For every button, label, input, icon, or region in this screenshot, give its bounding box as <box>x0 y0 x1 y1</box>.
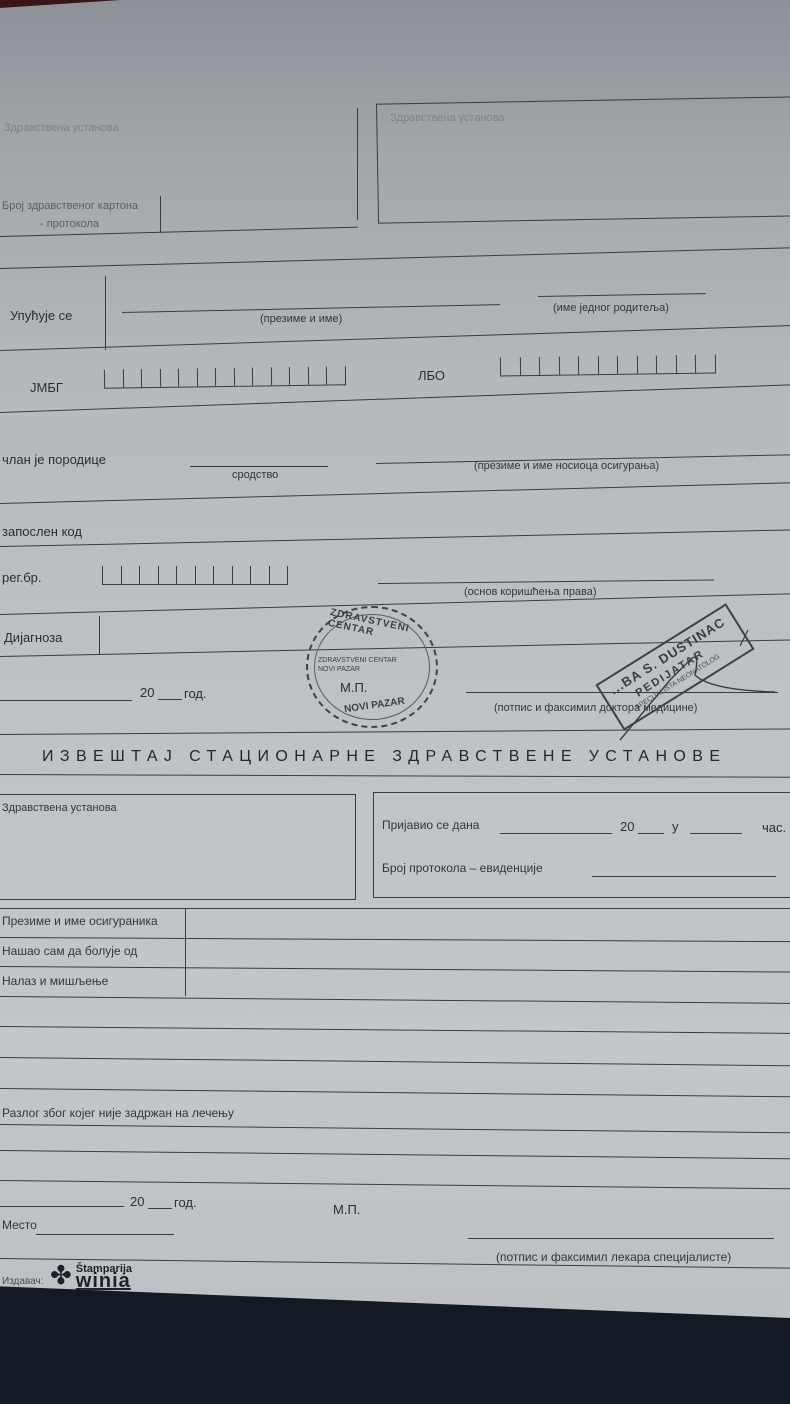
referral-year-prefix: 20 <box>140 685 154 700</box>
signature-scribble-icon <box>600 620 790 750</box>
jmbg-input[interactable] <box>104 366 346 388</box>
digit-cell[interactable] <box>519 357 539 375</box>
digit-cell[interactable] <box>500 357 520 375</box>
digit-cell[interactable] <box>637 355 657 373</box>
findings-line-1[interactable] <box>0 996 790 1004</box>
logo-bottom: winia <box>76 1275 132 1287</box>
relation-caption: сродство <box>232 469 278 481</box>
digit-cell[interactable] <box>617 356 637 374</box>
card-number-divider <box>160 196 161 232</box>
reason-line-3[interactable] <box>0 1180 790 1189</box>
referred-divider <box>105 276 106 350</box>
publisher-logo: ✤ Štamparija winia <box>50 1262 132 1288</box>
digit-cell[interactable] <box>158 566 177 584</box>
reported-year-prefix: 20 <box>620 819 634 834</box>
digit-cell[interactable] <box>695 354 716 372</box>
reason-label: Разлог због којег није задржан на лечењу <box>2 1106 234 1120</box>
surname-name-line[interactable] <box>122 304 500 313</box>
protocol-line[interactable] <box>592 876 776 877</box>
digit-cell[interactable] <box>559 356 579 374</box>
place-line[interactable] <box>36 1234 174 1235</box>
digit-cell[interactable] <box>234 368 253 386</box>
report-year-prefix: 20 <box>130 1194 144 1209</box>
lbo-input[interactable] <box>500 354 716 376</box>
digit-cell[interactable] <box>250 566 269 584</box>
digit-cell[interactable] <box>121 566 140 584</box>
digit-cell[interactable] <box>195 566 214 584</box>
referral-date-line[interactable] <box>0 700 132 701</box>
parent-name-line[interactable] <box>538 293 706 297</box>
digit-cell[interactable] <box>104 369 123 387</box>
digit-cell[interactable] <box>122 369 141 387</box>
reported-date-line[interactable] <box>500 833 612 834</box>
family-member-label: члан је породице <box>2 452 106 467</box>
digit-cell[interactable] <box>139 566 158 584</box>
insured-name-line[interactable] <box>0 937 790 942</box>
lbo-label: ЛБО <box>418 368 445 383</box>
rule <box>0 774 790 778</box>
digit-cell[interactable] <box>252 367 271 385</box>
card-number-sub: - протокола <box>40 218 99 230</box>
digit-cell[interactable] <box>197 368 216 386</box>
clover-icon: ✤ <box>50 1262 72 1288</box>
reported-box <box>373 792 790 898</box>
table-divider <box>185 908 186 996</box>
rule <box>0 908 790 909</box>
report-stamp-label: М.П. <box>333 1202 360 1217</box>
found-ill-line[interactable] <box>0 966 790 973</box>
report-year-line[interactable] <box>148 1208 172 1209</box>
report-title: ИЗВЕШТАЈ СТАЦИОНАРНЕ ЗДРАВСТВЕНЕ УСТАНОВ… <box>42 748 726 766</box>
specialist-signature-caption: (потпис и факсимил лекара специјалисте) <box>496 1250 731 1264</box>
institution-label: Здравствена установа <box>2 802 117 814</box>
publisher-label: Издавач: <box>2 1276 43 1287</box>
digit-cell[interactable] <box>598 356 618 374</box>
surname-name-caption: (презиме и име) <box>260 313 342 325</box>
left-box-right-border <box>357 108 358 220</box>
digit-cell[interactable] <box>159 369 178 387</box>
reason-line-2[interactable] <box>0 1150 790 1159</box>
place-label: Место <box>2 1218 37 1232</box>
hours-label: час. <box>762 820 786 835</box>
referral-form-paper: Здравствена установа Број здравственог к… <box>0 0 790 1318</box>
diagnosis-divider <box>99 616 100 654</box>
rule <box>0 325 790 351</box>
digit-cell[interactable] <box>676 355 696 373</box>
stamp-inner-line-1: ZDRAVSTVENI CENTAR <box>318 656 397 665</box>
stamp-inner-line-2: NOVI PAZAR <box>318 665 397 674</box>
report-date-line[interactable] <box>0 1206 124 1207</box>
parent-name-caption: (име једног родитеља) <box>553 302 669 314</box>
digit-cell[interactable] <box>215 368 234 386</box>
reported-on-label: Пријавио се дана <box>382 818 479 832</box>
right-box-label: Здравствена установа <box>390 112 505 124</box>
reg-no-label: рег.бр. <box>2 570 42 585</box>
digit-cell[interactable] <box>271 367 290 385</box>
digit-cell[interactable] <box>232 566 251 584</box>
insured-name-label: Презиме и име осигураника <box>2 914 158 928</box>
rule <box>0 482 790 504</box>
insurance-basis-line[interactable] <box>378 579 714 584</box>
digit-cell[interactable] <box>176 566 195 584</box>
left-box-label: Здравствена установа <box>4 122 119 134</box>
referral-year-suffix: год. <box>184 686 207 701</box>
found-ill-label: Нашао сам да болује од <box>2 944 137 958</box>
protocol-label: Број протокола – евиденције <box>382 861 543 875</box>
referred-to-label: Упућује се <box>10 308 72 323</box>
digit-cell[interactable] <box>539 357 559 375</box>
digit-cell[interactable] <box>656 355 676 373</box>
stamp-inner-text: ZDRAVSTVENI CENTARNOVI PAZAR <box>318 656 397 674</box>
jmbg-label: ЈМБГ <box>30 380 63 395</box>
digit-cell[interactable] <box>289 367 308 385</box>
background-corner <box>0 0 120 8</box>
referral-year-line[interactable] <box>158 699 182 700</box>
digit-cell[interactable] <box>102 566 121 584</box>
insurance-basis-caption: (основ коришћења права) <box>464 586 597 598</box>
digit-cell[interactable] <box>326 366 346 384</box>
insurance-holder-caption: (презиме и име носиоца осигурања) <box>474 460 659 472</box>
rule <box>0 247 790 269</box>
digit-cell[interactable] <box>178 368 197 386</box>
digit-cell[interactable] <box>578 356 598 374</box>
reported-at-label: у <box>672 819 679 834</box>
reported-hour-line[interactable] <box>690 833 742 834</box>
report-year-suffix: год. <box>174 1195 197 1210</box>
findings-label: Налаз и мишљење <box>2 974 108 988</box>
card-number-label[interactable]: Број здравственог картона <box>2 200 138 212</box>
findings-line-2[interactable] <box>0 1026 790 1034</box>
institution-round-stamp: ZDRAVSTVENI CENTAR ZDRAVSTVENI CENTARNOV… <box>306 606 438 728</box>
reg-no-input[interactable] <box>102 566 288 585</box>
diagnosis-label: Дијагноза <box>4 630 62 645</box>
employed-at-label: запослен код <box>2 524 82 539</box>
digit-cell[interactable] <box>308 367 327 385</box>
digit-cell[interactable] <box>269 566 289 584</box>
reason-line-1[interactable] <box>0 1124 790 1133</box>
specialist-signature-line[interactable] <box>468 1238 774 1239</box>
digit-cell[interactable] <box>213 566 232 584</box>
findings-line-3[interactable] <box>0 1057 790 1066</box>
logo-text: Štamparija winia <box>76 1263 132 1287</box>
employed-at-line[interactable] <box>0 529 790 547</box>
digit-cell[interactable] <box>141 369 160 387</box>
reported-year-line[interactable] <box>638 833 664 834</box>
relation-line[interactable] <box>190 466 328 467</box>
findings-line-4[interactable] <box>0 1088 790 1097</box>
